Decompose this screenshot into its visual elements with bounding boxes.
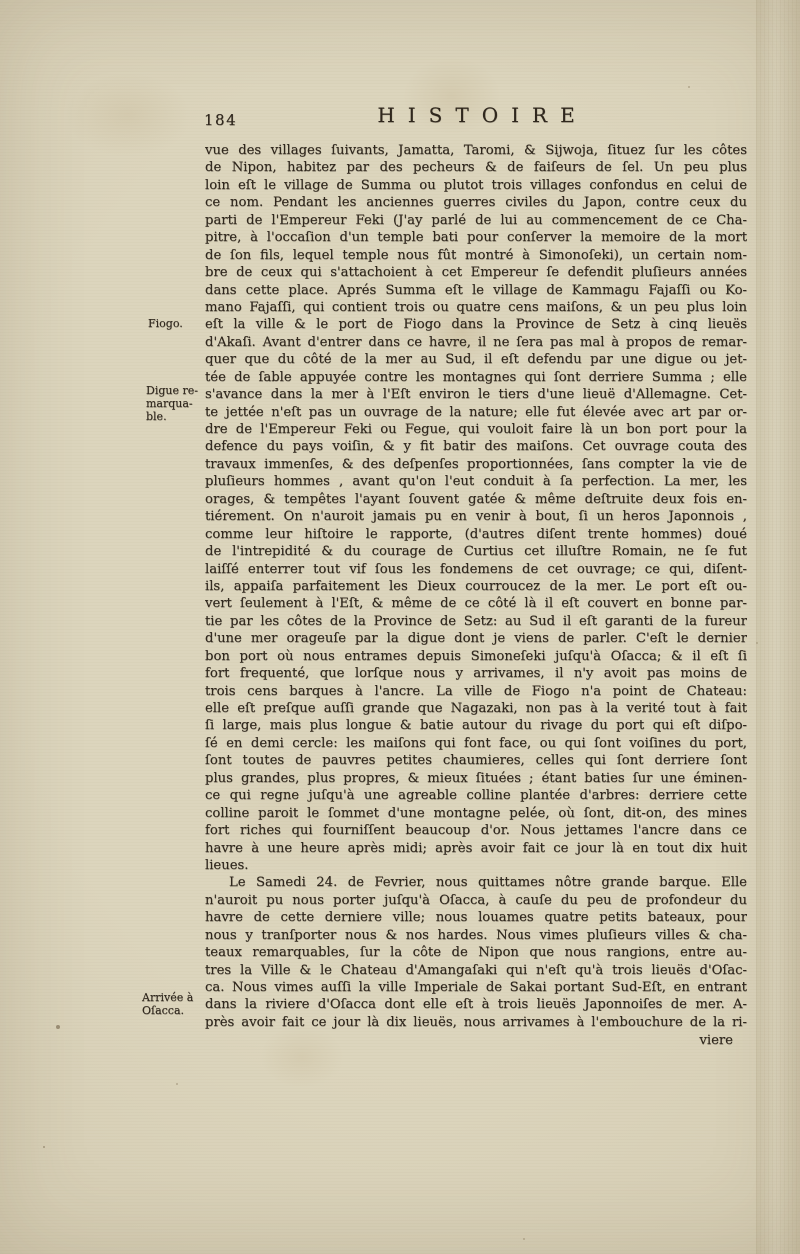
text-line: mano Fajaſſi, qui contient trois ou quat…: [205, 299, 747, 316]
text-line: vue des villages ſuivants, Jamatta, Taro…: [205, 142, 747, 159]
margin-note-line: Fiogo.: [148, 317, 210, 330]
text-line: ſé en demi cercle: les maiſons qui font …: [205, 735, 747, 752]
text-line: Le Samedi 24. de Fevrier, nous quittames…: [205, 874, 747, 891]
text-line: dans cette place. Aprés Summa eſt le vil…: [205, 282, 747, 299]
text-line: fort frequenté, que lorſque nous y arriv…: [205, 665, 747, 682]
text-line: comme leur hiſtoire le rapporte, (d'autr…: [205, 526, 747, 543]
paragraph: vue des villages ſuivants, Jamatta, Taro…: [205, 142, 747, 874]
text-line: de l'intrepidité & du courage de Curtius…: [205, 543, 747, 560]
text-line: plus grandes, plus propres, & mieux ſitu…: [205, 770, 747, 787]
text-line: tres la Ville & le Chateau d'Amangaſaki …: [205, 962, 747, 979]
text-line: ſont toutes de pauvres petites chaumiere…: [205, 752, 747, 769]
text-line: de Nipon, habitez par des pecheurs & de …: [205, 159, 747, 176]
text-line: quer que du côté de la mer au Sud, il eſ…: [205, 351, 747, 368]
paragraph: Le Samedi 24. de Fevrier, nous quittames…: [205, 874, 747, 1031]
text-line: vert ſeulement à l'Eſt, & même de ce côt…: [205, 595, 747, 612]
text-line: teaux remarquables, ſur la côte de Nipon…: [205, 944, 747, 961]
text-line: eſt la ville & le port de Fiogo dans la …: [205, 316, 747, 333]
catchword: viere: [205, 1032, 733, 1049]
text-line: tie par les côtes de la Province de Setz…: [205, 613, 747, 630]
text-line: bre de ceux qui s'attachoient à cet Empe…: [205, 264, 747, 281]
text-line: fort riches qui fourniſſent beaucoup d'o…: [205, 822, 747, 839]
text-line: ſi large, mais plus longue & batie autou…: [205, 717, 747, 734]
text-line: colline paroit le ſommet d'une montagne …: [205, 805, 747, 822]
text-line: ce nom. Pendant les anciennes guerres ci…: [205, 194, 747, 211]
text-line: pluſieurs hommes , avant qu'on l'eut con…: [205, 473, 747, 490]
text-line: d'Akaſi. Avant d'entrer dans ce havre, i…: [205, 334, 747, 351]
page-header-title: HISTOIRE: [205, 103, 747, 127]
text-line: s'avance dans la mer à l'Eſt environ le …: [205, 386, 747, 403]
body-text: vue des villages ſuivants, Jamatta, Taro…: [205, 142, 747, 1031]
margin-note-arrivee-a-ofacca: Arrivée à Oſacca.: [142, 991, 204, 1017]
text-line: dre de l'Empereur Feki ou Fegue, qui vou…: [205, 421, 747, 438]
book-page: 184 HISTOIRE Fiogo. Digue re- marqua- bl…: [0, 0, 800, 1254]
margin-note-line: Oſacca.: [142, 1004, 204, 1017]
paper-specks: [0, 0, 2, 2]
text-line: n'auroit pu nous porter juſqu'à Oſacca, …: [205, 892, 747, 909]
text-line: loin eſt le village de Summa ou plutot t…: [205, 177, 747, 194]
margin-note-line: Digue re-: [146, 384, 208, 397]
text-line: te jettée n'eſt pas un ouvrage de la nat…: [205, 404, 747, 421]
margin-note-line: ble.: [146, 410, 208, 423]
text-line: tiérement. On n'auroit jamais pu en veni…: [205, 508, 747, 525]
text-line: pitre, à l'occaſion d'un temple bati pou…: [205, 229, 747, 246]
text-line: nous y tranſporter nous & nos hardes. No…: [205, 927, 747, 944]
text-line: ils, appaiſa parfaitement les Dieux cour…: [205, 578, 747, 595]
text-line: bon port où nous entrames depuis Simoneſ…: [205, 648, 747, 665]
text-line: havre de cette derniere ville; nous loua…: [205, 909, 747, 926]
text-line: havre à une heure après midi; après avoi…: [205, 840, 747, 857]
text-line: defence du pays voiſin, & y fit batir de…: [205, 438, 747, 455]
margin-note-digue-remarquable: Digue re- marqua- ble.: [146, 384, 208, 423]
text-line: ce qui regne juſqu'à une agreable collin…: [205, 787, 747, 804]
margin-note-line: Arrivée à: [142, 991, 204, 1004]
page-fore-edge: [756, 0, 800, 1254]
text-line: parti de l'Empereur Feki (J'ay parlé de …: [205, 212, 747, 229]
text-line: orages, & tempêtes l'ayant ſouvent gatée…: [205, 491, 747, 508]
text-line: ca. Nous vimes auſſi la ville Imperiale …: [205, 979, 747, 996]
text-line: près avoir fait ce jour là dix lieuës, n…: [205, 1014, 747, 1031]
text-line: trois cens barques à l'ancre. La ville d…: [205, 683, 747, 700]
text-line: elle eſt preſque auſſi grande que Nagaza…: [205, 700, 747, 717]
text-line: laiſſé enterrer tout vif ſous les fondem…: [205, 561, 747, 578]
text-line: d'une mer orageuſe par la digue dont je …: [205, 630, 747, 647]
text-line: lieues.: [205, 857, 747, 874]
margin-note-line: marqua-: [146, 397, 208, 410]
margin-note-fiogo: Fiogo.: [148, 317, 210, 330]
text-line: dans la riviere d'Oſacca dont elle eſt à…: [205, 996, 747, 1013]
text-line: de ſon fils, lequel temple nous fût mont…: [205, 247, 747, 264]
text-line: tée de ſable appuyée contre les montagne…: [205, 369, 747, 386]
text-line: travaux immenſes, & des deſpenſes propor…: [205, 456, 747, 473]
